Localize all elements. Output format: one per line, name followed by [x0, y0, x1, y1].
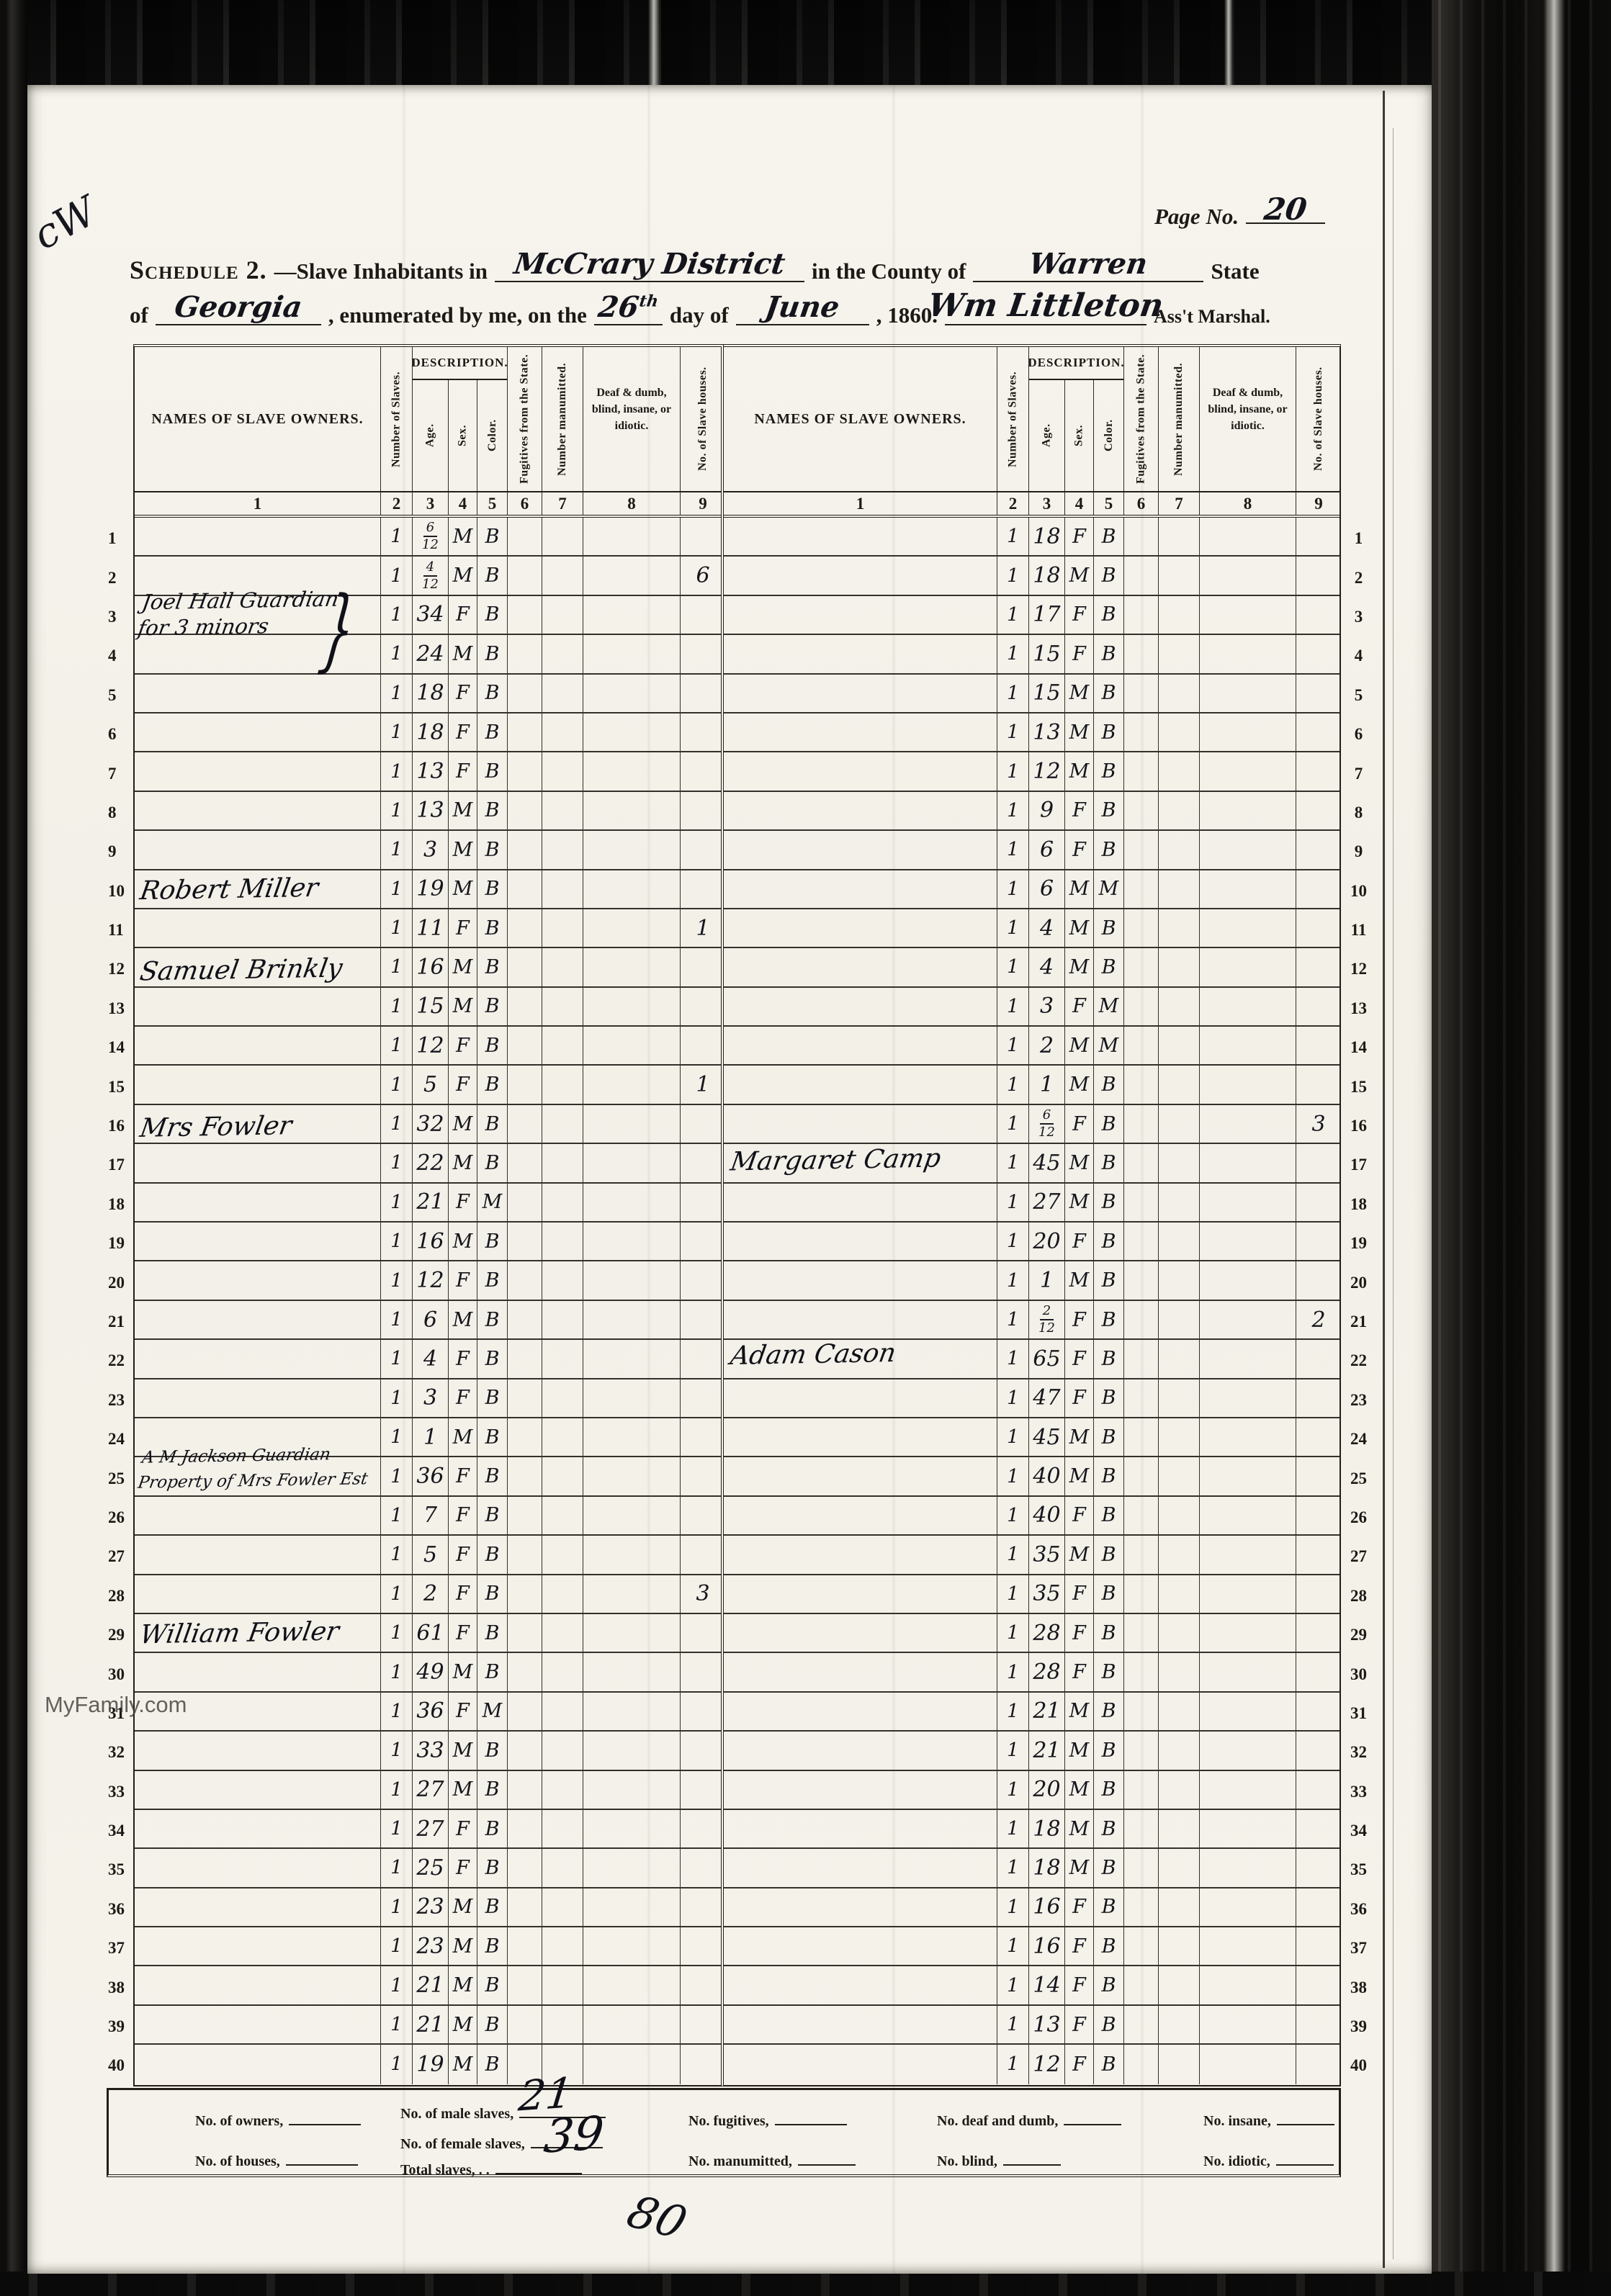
cell-color: B	[477, 831, 508, 868]
cell-age: 13	[1029, 2006, 1065, 2043]
cell-number-of-slaves: 1	[997, 1849, 1029, 1886]
cell-fugitives	[1124, 2006, 1159, 2043]
cell-color: B	[477, 1418, 508, 1456]
cell-color: B	[1094, 1653, 1124, 1691]
cell-sex: M	[1065, 1261, 1094, 1299]
cell-owner-name	[724, 909, 997, 947]
cell-manumitted	[1159, 1105, 1200, 1143]
cell-manumitted	[542, 1379, 583, 1417]
cell-age: 18	[1029, 557, 1065, 594]
cell-manumitted	[542, 1810, 583, 1847]
cell-color: B	[1094, 1144, 1124, 1181]
cell-age: 2	[1029, 1027, 1065, 1064]
cell-deaf-dumb	[1200, 1340, 1296, 1377]
cell-owner-name	[724, 1457, 997, 1495]
cell-fugitives	[1124, 909, 1159, 947]
cell-manumitted	[1159, 1771, 1200, 1809]
column-number: 3	[413, 492, 449, 515]
cell-sex: M	[449, 1732, 477, 1769]
cell-fugitives	[508, 948, 542, 986]
row-number: 19	[107, 1224, 131, 1263]
header-names: NAMES OF SLAVE OWNERS.	[135, 347, 381, 491]
cell-number-of-slaves: 1	[997, 1379, 1029, 1417]
cell-sex: F	[449, 1810, 477, 1847]
cell-owner-name	[724, 1810, 997, 1847]
row-number: 5	[107, 676, 131, 715]
cell-fugitives	[508, 752, 542, 790]
cell-owner-name	[724, 1927, 997, 1965]
cell-number-of-slaves: 1	[381, 2006, 413, 2043]
cell-manumitted	[1159, 1223, 1200, 1260]
table-row: 136FM	[135, 1693, 721, 1732]
cell-deaf-dumb	[1200, 2045, 1296, 2084]
cell-number-of-slaves: 1	[381, 1301, 413, 1338]
owner-name: William Fowler	[138, 1616, 341, 1652]
table-row: 17FB	[135, 1497, 721, 1536]
row-number: 2	[107, 558, 131, 597]
cell-age: 16	[1029, 1888, 1065, 1926]
cell-manumitted	[542, 1066, 583, 1103]
age-fraction: 412	[422, 561, 439, 591]
header-deaf-dumb: Deaf & dumb, blind, insane, or idiotic.	[583, 347, 681, 491]
cell-age: 15	[1029, 635, 1065, 672]
table-row: 127FB	[135, 1810, 721, 1849]
table-row: 113FB	[724, 2006, 1339, 2045]
cell-manumitted	[1159, 596, 1200, 634]
cell-sex: M	[1065, 870, 1094, 908]
row-number: 14	[1343, 1028, 1374, 1067]
cell-slave-houses	[681, 1027, 725, 1064]
table-row: 118FB	[724, 518, 1339, 557]
cell-age: 13	[413, 792, 449, 829]
table-row: 140FB	[724, 1497, 1339, 1536]
cell-fugitives	[1124, 1614, 1159, 1652]
cell-age: 6	[413, 1301, 449, 1338]
header-manumitted: Number manumitted.	[1159, 347, 1200, 491]
cell-slave-houses	[1296, 1379, 1341, 1417]
cell-age: 40	[1029, 1497, 1065, 1534]
table-row: 123MB	[135, 1927, 721, 1966]
header-description: DESCRIPTION.	[1029, 347, 1123, 380]
cell-color: B	[477, 1027, 508, 1064]
cell-deaf-dumb	[1200, 1771, 1296, 1809]
cell-slave-houses	[1296, 1457, 1341, 1495]
cell-age: 16	[413, 1223, 449, 1260]
cell-sex: M	[449, 1223, 477, 1260]
cell-owner-name	[135, 1144, 381, 1181]
cell-fugitives	[1124, 557, 1159, 594]
cell-fugitives	[1124, 1693, 1159, 1730]
row-number: 18	[107, 1185, 131, 1224]
cell-number-of-slaves: 1	[997, 988, 1029, 1025]
cell-deaf-dumb	[1200, 831, 1296, 868]
cell-color: B	[1094, 1810, 1124, 1847]
row-number: 26	[1343, 1498, 1374, 1537]
row-number: 23	[107, 1381, 131, 1420]
cell-owner-name	[135, 2006, 381, 2043]
header-sex: Sex.	[1065, 380, 1094, 491]
cell-number-of-slaves: 1	[997, 831, 1029, 868]
table-row: 118FB	[135, 675, 721, 713]
cell-manumitted	[542, 675, 583, 712]
cell-sex: M	[449, 1888, 477, 1926]
cell-owner-name	[135, 1888, 381, 1926]
cell-color: M	[477, 1184, 508, 1221]
cell-deaf-dumb	[583, 1223, 681, 1260]
scan-border-right	[1432, 0, 1611, 2296]
cell-sex: M	[1065, 1418, 1094, 1456]
cell-deaf-dumb	[1200, 1653, 1296, 1691]
cell-slave-houses	[1296, 1418, 1341, 1456]
blind-total: No. blind,	[937, 2153, 1061, 2170]
cell-manumitted	[542, 988, 583, 1025]
right-table-body: 118FB118MB117FB115FB115MB113MB112MB19FB1…	[724, 518, 1339, 2085]
cell-slave-houses	[1296, 713, 1341, 751]
right-row-numbers: 1234567891011121314151617181920212223242…	[1343, 519, 1374, 2086]
cell-number-of-slaves: 1	[997, 1184, 1029, 1221]
row-number: 19	[1343, 1224, 1374, 1263]
cell-manumitted	[1159, 1614, 1200, 1652]
cell-fugitives	[508, 1144, 542, 1181]
cell-fugitives	[1124, 1732, 1159, 1769]
cell-manumitted	[1159, 1888, 1200, 1926]
cell-deaf-dumb	[583, 1457, 681, 1495]
table-row: 116FB	[724, 1888, 1339, 1927]
cell-age: 12	[413, 1027, 449, 1064]
cell-fugitives	[1124, 1027, 1159, 1064]
cell-fugitives	[508, 518, 542, 555]
cell-age: 35	[1029, 1536, 1065, 1573]
cell-age: 19	[413, 870, 449, 908]
cell-owner-name	[135, 1849, 381, 1886]
cell-fugitives	[1124, 1261, 1159, 1299]
cell-number-of-slaves: 1	[381, 1575, 413, 1613]
cell-fugitives	[508, 870, 542, 908]
table-row: 118FB	[135, 713, 721, 752]
cell-slave-houses	[681, 988, 725, 1025]
cell-fugitives	[1124, 596, 1159, 634]
cell-manumitted	[1159, 1457, 1200, 1495]
cell-sex: F	[1065, 635, 1094, 672]
age-fraction: 612	[422, 521, 439, 552]
cell-slave-houses	[681, 1261, 725, 1299]
cell-slave-houses	[1296, 596, 1341, 634]
total-slaves: Total slaves, . .	[400, 2162, 582, 2179]
cell-deaf-dumb	[583, 2045, 681, 2084]
cell-fugitives	[1124, 1497, 1159, 1534]
enumerated-label: , enumerated by me, on the	[328, 302, 587, 328]
cell-sex: F	[449, 1184, 477, 1221]
table-row: 1612MB	[135, 518, 721, 557]
cell-fugitives	[508, 1301, 542, 1338]
cell-deaf-dumb	[1200, 752, 1296, 790]
row-number: 13	[1343, 989, 1374, 1028]
age-fraction: 612	[1038, 1109, 1055, 1139]
cell-sex: F	[1065, 2045, 1094, 2084]
cell-manumitted	[1159, 1536, 1200, 1573]
cell-age: 61	[413, 1614, 449, 1652]
cell-owner-name	[724, 675, 997, 712]
age-fraction: 212	[1038, 1305, 1055, 1335]
cell-sex: M	[1065, 1457, 1094, 1495]
cell-fugitives	[508, 909, 542, 947]
cell-color: B	[477, 948, 508, 986]
cell-deaf-dumb	[1200, 1418, 1296, 1456]
cell-sex: F	[1065, 1105, 1094, 1143]
row-number: 25	[1343, 1459, 1374, 1498]
cell-number-of-slaves: 1	[997, 948, 1029, 986]
cell-color: B	[1094, 1497, 1124, 1534]
cell-sex: M	[449, 988, 477, 1025]
column-number: 3	[1029, 492, 1065, 515]
cell-sex: M	[449, 2045, 477, 2084]
header-description-group: DESCRIPTION. Age. Sex. Color.	[1029, 347, 1124, 491]
cell-number-of-slaves: 1	[381, 1693, 413, 1730]
cell-slave-houses	[681, 1771, 725, 1809]
table-row: 115MB	[724, 675, 1339, 713]
cell-owner-name	[135, 1340, 381, 1377]
cell-color: B	[1094, 1457, 1124, 1495]
cell-manumitted	[1159, 518, 1200, 555]
left-table: 1234567891011121314151617181920212223242…	[107, 344, 724, 2086]
cell-fugitives	[508, 1261, 542, 1299]
left-row-numbers: 1234567891011121314151617181920212223242…	[107, 519, 131, 2086]
cell-color: B	[1094, 1184, 1124, 1221]
cell-owner-name	[135, 1771, 381, 1809]
cell-owner-name	[724, 831, 997, 868]
cell-fugitives	[508, 1027, 542, 1064]
cell-sex: M	[449, 1771, 477, 1809]
cell-deaf-dumb	[583, 2006, 681, 2043]
cell-number-of-slaves: 1	[381, 2045, 413, 2084]
cell-color: B	[477, 1614, 508, 1652]
cell-manumitted	[542, 596, 583, 634]
cell-slave-houses	[1296, 1653, 1341, 1691]
cell-deaf-dumb	[583, 1614, 681, 1652]
row-number: 7	[1343, 754, 1374, 793]
cell-owner-name	[724, 1575, 997, 1613]
table-row: 116MB	[135, 1223, 721, 1261]
cell-sex: F	[1065, 1927, 1094, 1965]
cell-color: B	[1094, 557, 1124, 594]
cell-fugitives	[1124, 1849, 1159, 1886]
table-row: 111FB1	[135, 909, 721, 948]
cell-number-of-slaves: 1	[997, 596, 1029, 634]
row-number: 15	[1343, 1067, 1374, 1106]
cell-sex: F	[449, 1340, 477, 1377]
table-row: 14MB	[724, 948, 1339, 987]
cell-color: B	[1094, 1888, 1124, 1926]
cell-deaf-dumb	[1200, 1027, 1296, 1064]
cell-color: B	[1094, 1379, 1124, 1417]
cell-age: 3	[413, 831, 449, 868]
cell-manumitted	[542, 635, 583, 672]
row-number: 1	[1343, 519, 1374, 558]
header-sex: Sex.	[449, 380, 477, 491]
row-number: 4	[107, 636, 131, 675]
cell-number-of-slaves: 1	[381, 635, 413, 672]
cell-color: B	[1094, 2045, 1124, 2084]
cell-color: B	[477, 2006, 508, 2043]
cell-number-of-slaves: 1	[997, 792, 1029, 829]
cell-color: B	[1094, 596, 1124, 634]
table-row: 16MB	[135, 1301, 721, 1340]
cell-slave-houses	[681, 831, 725, 868]
cell-owner-name	[135, 1653, 381, 1691]
row-number: 11	[107, 911, 131, 950]
table-row: 118MB	[724, 557, 1339, 595]
row-number: 6	[1343, 715, 1374, 754]
cell-manumitted	[542, 1105, 583, 1143]
cell-age: 9	[1029, 792, 1065, 829]
cell-sex: M	[1065, 1849, 1094, 1886]
cell-deaf-dumb	[583, 1418, 681, 1456]
cell-sex: M	[449, 1653, 477, 1691]
cell-owner-name	[135, 1575, 381, 1613]
row-number: 38	[1343, 1968, 1374, 2007]
cell-slave-houses	[681, 1457, 725, 1495]
cell-color: B	[477, 635, 508, 672]
cell-manumitted	[542, 1575, 583, 1613]
cell-manumitted	[1159, 870, 1200, 908]
cell-fugitives	[1124, 1301, 1159, 1338]
cell-fugitives	[508, 1066, 542, 1103]
cell-slave-houses	[681, 1732, 725, 1769]
cell-sex: M	[449, 1418, 477, 1456]
cell-age: 36	[413, 1693, 449, 1730]
day-value: 26th	[596, 290, 660, 324]
cell-sex: F	[1065, 1340, 1094, 1377]
cell-deaf-dumb	[583, 1575, 681, 1613]
cell-age: 5	[413, 1536, 449, 1573]
owner-name: Joel Hall Guardianfor 3 minors}	[136, 585, 341, 641]
cell-owner-name	[135, 752, 381, 790]
cell-number-of-slaves: 1	[381, 1536, 413, 1573]
cell-sex: F	[449, 1261, 477, 1299]
cell-owner-name	[135, 1223, 381, 1260]
cell-age: 18	[413, 675, 449, 712]
cell-slave-houses: 3	[1296, 1105, 1341, 1143]
cell-manumitted	[1159, 2045, 1200, 2084]
owner-name: Adam Cason	[728, 1337, 898, 1372]
cell-fugitives	[508, 1105, 542, 1143]
row-number: 39	[1343, 2007, 1374, 2046]
cell-fugitives	[1124, 1771, 1159, 1809]
cell-manumitted	[1159, 1144, 1200, 1181]
cell-deaf-dumb	[1200, 1301, 1296, 1338]
row-number: 36	[1343, 1890, 1374, 1929]
cell-manumitted	[1159, 1966, 1200, 2004]
row-number: 29	[107, 1616, 131, 1655]
cell-age: 612	[413, 518, 449, 555]
cell-color: M	[1094, 1027, 1124, 1064]
cell-deaf-dumb	[583, 1184, 681, 1221]
cell-manumitted	[1159, 831, 1200, 868]
row-number: 33	[107, 1773, 131, 1811]
table-row: 122MB	[135, 1144, 721, 1183]
row-number: 10	[107, 872, 131, 911]
cell-number-of-slaves: 1	[381, 1849, 413, 1886]
cell-manumitted	[542, 1418, 583, 1456]
cell-number-of-slaves: 1	[381, 1261, 413, 1299]
cell-number-of-slaves: 1	[381, 1144, 413, 1181]
cell-age: 21	[413, 1184, 449, 1221]
cell-manumitted	[542, 1223, 583, 1260]
cell-slave-houses	[681, 1653, 725, 1691]
header-fugitives: Fugitives from the State.	[1124, 347, 1159, 491]
row-number: 8	[1343, 793, 1374, 832]
row-number: 32	[107, 1733, 131, 1772]
cell-sex: F	[1065, 1653, 1094, 1691]
cell-slave-houses	[1296, 1771, 1341, 1809]
row-number: 16	[107, 1107, 131, 1145]
cell-number-of-slaves: 1	[997, 1614, 1029, 1652]
cell-color: B	[477, 1771, 508, 1809]
cell-manumitted	[1159, 1575, 1200, 1613]
cell-fugitives	[508, 1184, 542, 1221]
cell-sex: M	[1065, 752, 1094, 790]
cell-deaf-dumb	[1200, 909, 1296, 947]
right-column-numbers: 123456789	[724, 492, 1339, 518]
cell-fugitives	[508, 1732, 542, 1769]
cell-number-of-slaves: 1	[997, 1693, 1029, 1730]
header-manumitted: Number manumitted.	[542, 347, 583, 491]
cell-slave-houses	[681, 713, 725, 751]
cell-fugitives	[508, 1497, 542, 1534]
cell-manumitted	[542, 792, 583, 829]
cell-color: B	[1094, 713, 1124, 751]
cell-owner-name	[724, 1497, 997, 1534]
cell-owner-name	[724, 1653, 997, 1691]
cell-slave-houses	[1296, 1340, 1341, 1377]
cell-sex: F	[1065, 1614, 1094, 1652]
cell-slave-houses	[1296, 2006, 1341, 2043]
row-number: 39	[107, 2007, 131, 2046]
cell-manumitted	[542, 1497, 583, 1534]
cell-fugitives	[1124, 713, 1159, 751]
cell-color: B	[477, 909, 508, 947]
table-row: 121MB	[135, 2006, 721, 2045]
row-number: 9	[107, 832, 131, 871]
table-row: 121MB	[724, 1693, 1339, 1732]
cell-owner-name	[724, 635, 997, 672]
row-number: 20	[107, 1263, 131, 1302]
row-number: 11	[1343, 911, 1374, 950]
cell-age: 18	[1029, 1810, 1065, 1847]
column-number: 5	[477, 492, 508, 515]
cell-manumitted	[542, 1184, 583, 1221]
cell-age: 23	[413, 1888, 449, 1926]
cell-deaf-dumb	[1200, 988, 1296, 1025]
cell-deaf-dumb	[583, 831, 681, 868]
cell-owner-name	[724, 1223, 997, 1260]
cell-slave-houses	[1296, 909, 1341, 947]
cell-owner-name	[135, 1810, 381, 1847]
cell-fugitives	[1124, 1536, 1159, 1573]
cell-deaf-dumb	[583, 1849, 681, 1886]
cell-age: 23	[413, 1927, 449, 1965]
cell-sex: M	[1065, 1771, 1094, 1809]
row-number: 30	[1343, 1655, 1374, 1693]
cell-manumitted	[1159, 1301, 1200, 1338]
cell-slave-houses	[1296, 2045, 1341, 2084]
cell-slave-houses: 6	[681, 557, 725, 594]
cell-manumitted	[1159, 752, 1200, 790]
cell-manumitted	[1159, 1340, 1200, 1377]
table-row: 120FB	[724, 1223, 1339, 1261]
cell-owner-name	[135, 1497, 381, 1534]
cell-fugitives	[508, 1223, 542, 1260]
